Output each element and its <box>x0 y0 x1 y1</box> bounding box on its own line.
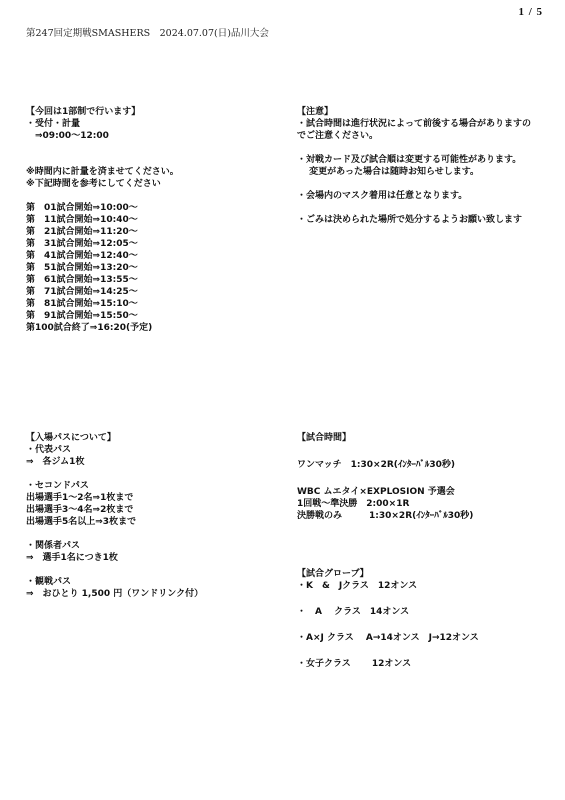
schedule-row: 第 11試合開始⇒10:40〜 <box>26 214 286 226</box>
match-time-row: ワンマッチ 1:30×2R(ｲﾝﾀｰﾊﾞﾙ30秒) <box>297 459 562 471</box>
match-time-row: 1回戦〜準決勝 2:00×1R <box>297 498 562 510</box>
section-heading: 【試合グローブ】 <box>297 568 562 580</box>
gloves-section: 【試合グローブ】 ・K & Jクラス 12オンス ・ A クラス 14オンス ・… <box>297 568 562 670</box>
note-item: でご注意ください。 <box>297 130 562 142</box>
pass-label: ・観戦パス <box>26 576 286 588</box>
reception-label: ・受付・計量 <box>26 118 286 130</box>
session-section: 【今回は1部制で行います】 ・受付・計量 ⇒09:00〜12:00 ※時間内に計… <box>26 106 286 334</box>
document-title: 第247回定期戦SMASHERS 2024.07.07(日)品川大会 <box>26 25 269 39</box>
match-time-row: WBC ムエタイ×EXPLOSION 予選会 <box>297 486 562 498</box>
pass-value: ⇒ おひとり 1,500 円（ワンドリンク付） <box>26 588 286 600</box>
glove-row: ・K & Jクラス 12オンス <box>297 580 562 592</box>
pass-rule: 出場選手5名以上⇒3枚まで <box>26 516 286 528</box>
section-heading: 【今回は1部制で行います】 <box>26 106 286 118</box>
notes-section: 【注意】 ・試合時間は進行状況によって前後する場合がありますの でご注意ください… <box>297 106 562 226</box>
pass-value: ⇒ 各ジム1枚 <box>26 456 286 468</box>
section-heading: 【入場パスについて】 <box>26 432 286 444</box>
note-item: ・対戦カード及び試合順は変更する可能性があります。 <box>297 154 562 166</box>
note-item: ・試合時間は進行状況によって前後する場合がありますの <box>297 118 562 130</box>
page-indicator: 1 / 5 <box>518 6 543 18</box>
schedule-row: 第100試合終了⇒16:20(予定) <box>26 322 286 334</box>
schedule-row: 第 81試合開始⇒15:10〜 <box>26 298 286 310</box>
schedule-row: 第 41試合開始⇒12:40〜 <box>26 250 286 262</box>
note: ※下記時間を参考にしてください <box>26 178 286 190</box>
match-time-row: 決勝戦のみ 1:30×2R(ｲﾝﾀｰﾊﾞﾙ30秒) <box>297 510 562 522</box>
schedule-row: 第 21試合開始⇒11:20〜 <box>26 226 286 238</box>
pass-section: 【入場パスについて】 ・代表パス ⇒ 各ジム1枚 ・セコンドパス 出場選手1〜2… <box>26 432 286 600</box>
section-heading: 【注意】 <box>297 106 562 118</box>
note-item: ・ごみは決められた場所で処分するようお願い致します <box>297 214 562 226</box>
pass-label: ・関係者パス <box>26 540 286 552</box>
schedule-row: 第 71試合開始⇒14:25〜 <box>26 286 286 298</box>
glove-row: ・女子クラス 12オンス <box>297 658 562 670</box>
schedule-row: 第 31試合開始⇒12:05〜 <box>26 238 286 250</box>
schedule-row: 第 01試合開始⇒10:00〜 <box>26 202 286 214</box>
schedule-row: 第 51試合開始⇒13:20〜 <box>26 262 286 274</box>
glove-row: ・ A クラス 14オンス <box>297 606 562 618</box>
section-heading: 【試合時間】 <box>297 432 562 444</box>
pass-label: ・代表パス <box>26 444 286 456</box>
note-item: ・会場内のマスク着用は任意となります。 <box>297 190 562 202</box>
pass-value: ⇒ 選手1名につき1枚 <box>26 552 286 564</box>
note: ※時間内に計量を済ませてください。 <box>26 166 286 178</box>
match-time-section: 【試合時間】 ワンマッチ 1:30×2R(ｲﾝﾀｰﾊﾞﾙ30秒) WBC ムエタ… <box>297 432 562 522</box>
schedule-row: 第 91試合開始⇒15:50〜 <box>26 310 286 322</box>
schedule-row: 第 61試合開始⇒13:55〜 <box>26 274 286 286</box>
pass-label: ・セコンドパス <box>26 480 286 492</box>
glove-row: ・A×J クラス A→14オンス J→12オンス <box>297 632 562 644</box>
pass-rule: 出場選手1〜2名⇒1枚まで <box>26 492 286 504</box>
reception-time: ⇒09:00〜12:00 <box>26 130 286 142</box>
note-item: 変更があった場合は随時お知らせします。 <box>297 166 562 178</box>
pass-rule: 出場選手3〜4名⇒2枚まで <box>26 504 286 516</box>
